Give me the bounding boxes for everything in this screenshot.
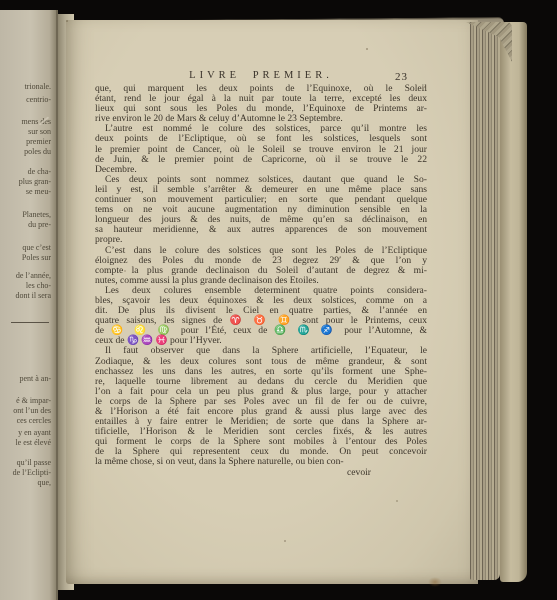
- facing-text-fragment: plus gran-: [19, 177, 51, 186]
- facing-text-fragment: que,: [37, 478, 51, 487]
- outer-page-edge: [500, 22, 527, 582]
- facing-text-fragment: trionale.: [25, 82, 51, 91]
- facing-text-fragment: le est élevé: [15, 438, 51, 447]
- fore-edge-pages: [470, 24, 500, 580]
- text-line: la même chose, si on veut, dans la Spher…: [95, 457, 427, 467]
- facing-text-fragment: qu’il passe: [17, 458, 51, 467]
- facing-text-fragment: dont il sera: [15, 291, 51, 300]
- section-rule-fragment: [11, 322, 49, 323]
- facing-text-fragment: du pre-: [28, 220, 51, 229]
- book-page: LIVRE PREMIER. 23 que, qui marquent les …: [66, 20, 478, 584]
- text-line: propre.: [95, 235, 427, 245]
- facing-text-fragment: que c’est: [22, 243, 51, 252]
- facing-text-fragment: y en ayant: [18, 428, 51, 437]
- text-line: sa hauteur meridienne, & aux autres appa…: [95, 225, 427, 235]
- facing-text-fragment: ces cercles: [17, 416, 51, 425]
- page-number: 23: [395, 71, 408, 83]
- facing-text-fragment: premier: [26, 137, 51, 146]
- facing-text-fragment: de l’année,: [16, 271, 51, 280]
- facing-text-fragment: poles du: [24, 147, 51, 156]
- book-photo: trionale.centrio-mens dessur sonpremierp…: [0, 0, 557, 600]
- facing-page-fragments: trionale.centrio-mens dessur sonpremierp…: [0, 10, 56, 600]
- facing-text-fragment: centrio-: [26, 95, 51, 104]
- facing-page-edge: trionale.centrio-mens dessur sonpremierp…: [0, 10, 58, 600]
- body-text: que, qui marquent les deux points de l’E…: [95, 84, 427, 468]
- page-header: LIVRE PREMIER. 23: [95, 70, 427, 84]
- facing-text-fragment: é & impar-: [16, 396, 51, 405]
- facing-text-fragment: se meu-: [26, 187, 51, 196]
- facing-text-fragment: Planetes,: [22, 210, 51, 219]
- facing-text-fragment: Poles sur: [22, 253, 51, 262]
- facing-text-fragment: de cha-: [28, 167, 51, 176]
- facing-text-fragment: ont l’un des: [13, 406, 51, 415]
- paper-stain: [428, 577, 442, 587]
- facing-text-fragment: sur son: [28, 127, 51, 136]
- catchword: cevoir: [95, 468, 427, 478]
- facing-text-fragment: les cho-: [26, 281, 51, 290]
- text-line: de Juin, & le premier point de Capricorn…: [95, 155, 427, 165]
- running-title: LIVRE PREMIER.: [95, 70, 427, 81]
- facing-text-fragment: pent à an-: [19, 374, 51, 383]
- facing-text-fragment: de l’Eclipti-: [13, 468, 51, 477]
